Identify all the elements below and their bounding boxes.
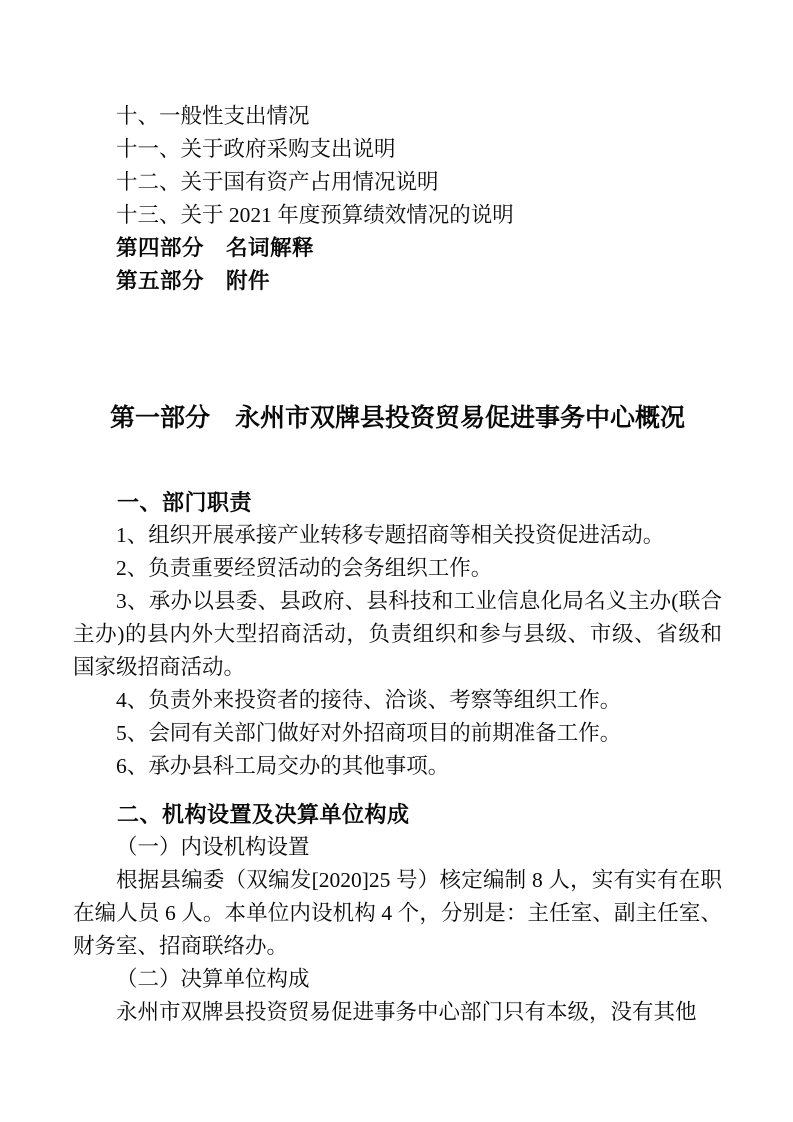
- toc-item-13: 十三、关于 2021 年度预算绩效情况的说明: [73, 199, 722, 232]
- toc-item-12: 十二、关于国有资产占用情况说明: [73, 166, 722, 199]
- section2-sub1-heading: （一）内设机构设置: [73, 831, 722, 864]
- toc-part-5-heading: 第五部分 附件: [73, 265, 722, 298]
- document-page: 十、一般性支出情况 十一、关于政府采购支出说明 十二、关于国有资产占用情况说明 …: [0, 0, 793, 1122]
- section2-sub2-heading: （二）决算单位构成: [73, 963, 722, 996]
- section1-heading: 一、部门职责: [73, 486, 722, 519]
- duty-item-5: 5、会同有关部门做好对外招商项目的前期准备工作。: [73, 717, 722, 750]
- section2-sub2-paragraph: 永州市双牌县投资贸易促进事务中心部门只有本级，没有其他: [73, 996, 722, 1029]
- section2-heading: 二、机构设置及决算单位构成: [73, 798, 722, 831]
- toc-item-10: 十、一般性支出情况: [73, 100, 722, 133]
- table-of-contents: 十、一般性支出情况 十一、关于政府采购支出说明 十二、关于国有资产占用情况说明 …: [73, 0, 722, 298]
- duty-item-1: 1、组织开展承接产业转移专题招商等相关投资促进活动。: [73, 519, 722, 552]
- page-content: 十、一般性支出情况 十一、关于政府采购支出说明 十二、关于国有资产占用情况说明 …: [0, 0, 793, 1029]
- duty-item-3: 3、承办以县委、县政府、县科技和工业信息化局名义主办(联合主办)的县内外大型招商…: [73, 585, 722, 684]
- part1-title: 第一部分 永州市双牌县投资贸易促进事务中心概况: [73, 398, 722, 438]
- duty-item-6: 6、承办县科工局交办的其他事项。: [73, 750, 722, 783]
- toc-item-11: 十一、关于政府采购支出说明: [73, 133, 722, 166]
- duty-item-2: 2、负责重要经贸活动的会务组织工作。: [73, 552, 722, 585]
- duty-item-4: 4、负责外来投资者的接待、洽谈、考察等组织工作。: [73, 684, 722, 717]
- toc-part-4-heading: 第四部分 名词解释: [73, 232, 722, 265]
- section2-sub1-paragraph: 根据县编委（双编发[2020]25 号）核定编制 8 人，实有实有在职在编人员 …: [73, 864, 722, 963]
